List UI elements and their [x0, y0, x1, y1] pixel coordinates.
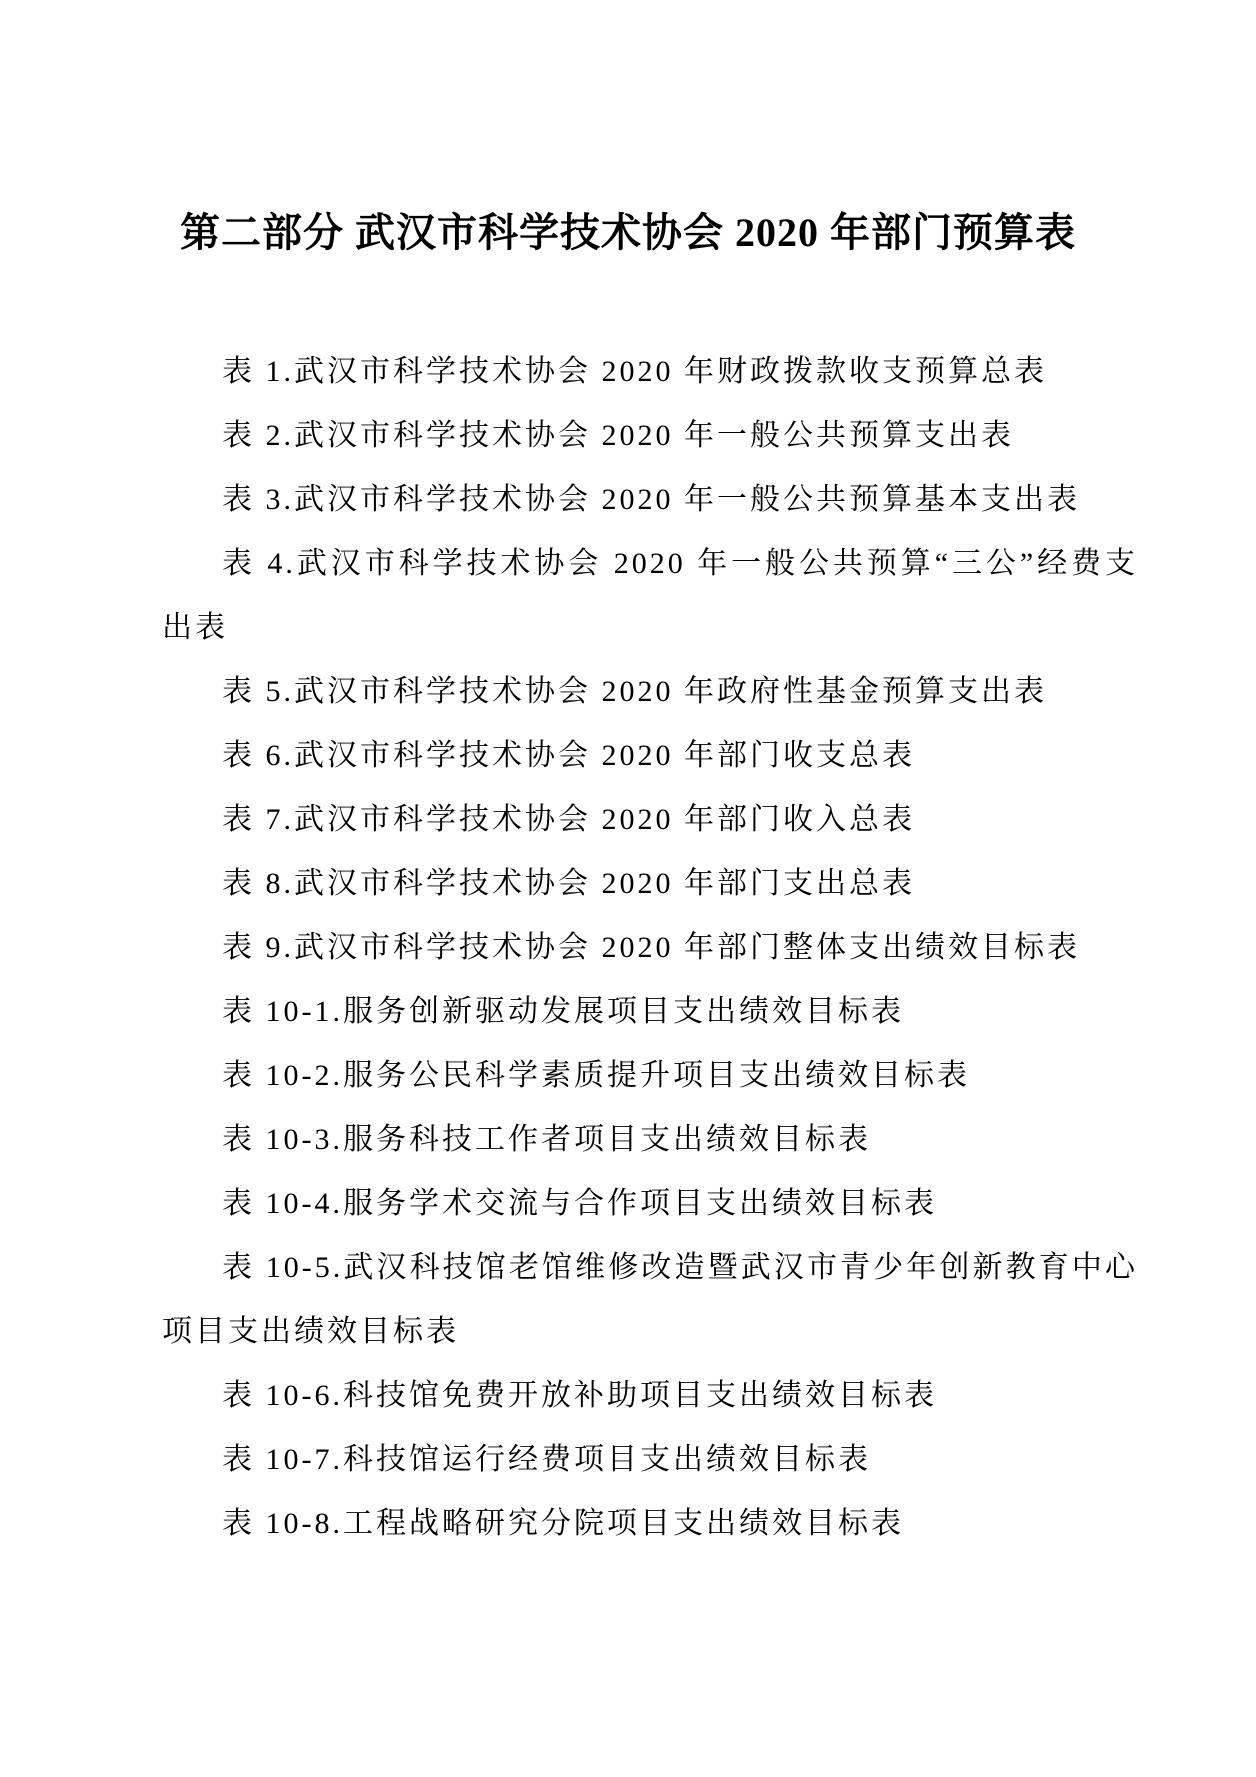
toc-item: 表 8.武汉市科学技术协会 2020 年部门支出总表: [162, 852, 1138, 916]
toc-item: 表 10-5.武汉科技馆老馆维修改造暨武汉市青少年创新教育中心项目支出绩效目标表: [162, 1236, 1138, 1364]
table-of-contents: 表 1.武汉市科学技术协会 2020 年财政拨款收支预算总表 表 2.武汉市科学…: [0, 340, 1256, 1556]
page-title: 第二部分 武汉市科学技术协会 2020 年部门预算表: [0, 0, 1256, 262]
toc-item: 表 6.武汉市科学技术协会 2020 年部门收支总表: [162, 724, 1138, 788]
toc-item: 表 9.武汉市科学技术协会 2020 年部门整体支出绩效目标表: [162, 916, 1138, 980]
toc-item: 表 5.武汉市科学技术协会 2020 年政府性基金预算支出表: [162, 660, 1138, 724]
toc-item: 表 10-1.服务创新驱动发展项目支出绩效目标表: [162, 980, 1138, 1044]
document-page: 第二部分 武汉市科学技术协会 2020 年部门预算表 表 1.武汉市科学技术协会…: [0, 0, 1256, 1777]
toc-item: 表 2.武汉市科学技术协会 2020 年一般公共预算支出表: [162, 404, 1138, 468]
toc-item: 表 10-4.服务学术交流与合作项目支出绩效目标表: [162, 1172, 1138, 1236]
toc-item: 表 10-3.服务科技工作者项目支出绩效目标表: [162, 1108, 1138, 1172]
toc-item: 表 3.武汉市科学技术协会 2020 年一般公共预算基本支出表: [162, 468, 1138, 532]
toc-item: 表 10-2.服务公民科学素质提升项目支出绩效目标表: [162, 1044, 1138, 1108]
toc-item: 表 7.武汉市科学技术协会 2020 年部门收入总表: [162, 788, 1138, 852]
toc-item: 表 10-6.科技馆免费开放补助项目支出绩效目标表: [162, 1364, 1138, 1428]
toc-item: 表 4.武汉市科学技术协会 2020 年一般公共预算“三公”经费支出表: [162, 532, 1138, 660]
toc-item: 表 1.武汉市科学技术协会 2020 年财政拨款收支预算总表: [162, 340, 1138, 404]
toc-item: 表 10-8.工程战略研究分院项目支出绩效目标表: [162, 1492, 1138, 1556]
toc-item: 表 10-7.科技馆运行经费项目支出绩效目标表: [162, 1428, 1138, 1492]
